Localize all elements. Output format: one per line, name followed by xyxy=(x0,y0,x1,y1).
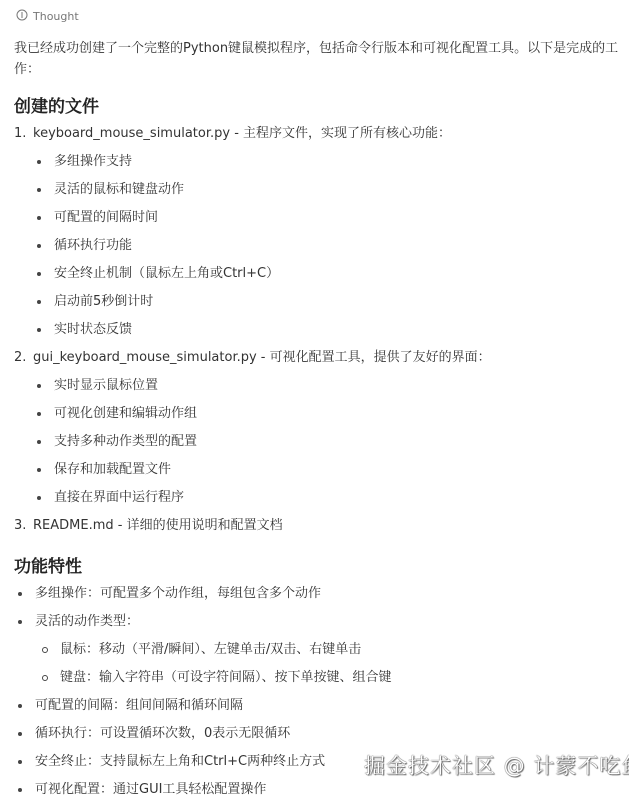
sub-list-item: 鼠标：移动（平滑/瞬间）、左键单击/双击、右键单击 xyxy=(42,636,619,664)
section-heading-files: 创建的文件 xyxy=(14,94,619,120)
list-item: 灵活的动作类型： xyxy=(18,608,619,636)
intro-text: 我已经成功创建了一个完整的Python键鼠模拟程序，包括命令行版本和可视化配置工… xyxy=(14,38,619,80)
thought-toggle[interactable]: Thought xyxy=(16,9,79,24)
bullet-icon xyxy=(37,244,41,248)
bullet-icon xyxy=(37,300,41,304)
bullet-icon xyxy=(37,216,41,220)
bullet-icon xyxy=(37,496,41,500)
list-number: 2. xyxy=(14,344,33,372)
bullet-icon xyxy=(37,412,41,416)
list-item: 灵活的鼠标和键盘动作 xyxy=(37,176,619,204)
list-item: 循环执行：可设置循环次数，0表示无限循环 xyxy=(18,720,619,748)
list-item: 启动前5秒倒计时 xyxy=(37,288,619,316)
bullet-icon xyxy=(18,760,22,764)
bullet-icon xyxy=(37,384,41,388)
section-heading-features: 功能特性 xyxy=(14,554,619,580)
list-item: 可配置的间隔时间 xyxy=(37,204,619,232)
list-item: 直接在界面中运行程序 xyxy=(37,484,619,512)
list-item: 可视化创建和编辑动作组 xyxy=(37,400,619,428)
thought-label: Thought xyxy=(33,10,79,23)
bullet-icon xyxy=(18,732,22,736)
file-item-2: 2.gui_keyboard_mouse_simulator.py - 可视化配… xyxy=(14,344,619,512)
bullet-icon xyxy=(37,160,41,164)
bullet-icon xyxy=(37,328,41,332)
sub-list-item: 键盘：输入字符串（可设字符间隔）、按下单按键、组合键 xyxy=(42,664,619,692)
bullet-icon xyxy=(37,468,41,472)
file-desc: keyboard_mouse_simulator.py - 主程序文件，实现了所… xyxy=(33,120,451,148)
list-number: 1. xyxy=(14,120,33,148)
bullet-icon xyxy=(18,620,22,624)
bullet-icon xyxy=(18,788,22,792)
thought-clock-icon xyxy=(16,9,28,24)
list-item: 循环执行功能 xyxy=(37,232,619,260)
list-item: 保存和加载配置文件 xyxy=(37,456,619,484)
bullet-icon xyxy=(37,272,41,276)
file-item-1: 1.keyboard_mouse_simulator.py - 主程序文件，实现… xyxy=(14,120,619,344)
list-item: 支持多种动作类型的配置 xyxy=(37,428,619,456)
watermark: 掘金技术社区 @ 计蒙不吃鱼 xyxy=(364,750,629,780)
file-desc: gui_keyboard_mouse_simulator.py - 可视化配置工… xyxy=(33,344,491,372)
list-number: 3. xyxy=(14,512,33,540)
bullet-icon xyxy=(37,188,41,192)
list-item: 安全终止机制（鼠标左上角或Ctrl+C） xyxy=(37,260,619,288)
bullet-icon xyxy=(18,704,22,708)
message-content: 我已经成功创建了一个完整的Python键鼠模拟程序，包括命令行版本和可视化配置工… xyxy=(14,38,619,796)
list-item: 可配置的间隔：组间间隔和循环间隔 xyxy=(18,692,619,720)
circle-bullet-icon xyxy=(42,647,48,653)
list-item: 实时状态反馈 xyxy=(37,316,619,344)
list-item: 多组操作：可配置多个动作组，每组包含多个动作 xyxy=(18,580,619,608)
list-item: 多组操作支持 xyxy=(37,148,619,176)
list-item: 实时显示鼠标位置 xyxy=(37,372,619,400)
file-item-3: 3.README.md - 详细的使用说明和配置文档 xyxy=(14,512,619,540)
bullet-icon xyxy=(37,440,41,444)
file-desc: README.md - 详细的使用说明和配置文档 xyxy=(33,512,283,540)
circle-bullet-icon xyxy=(42,675,48,681)
bullet-icon xyxy=(18,592,22,596)
